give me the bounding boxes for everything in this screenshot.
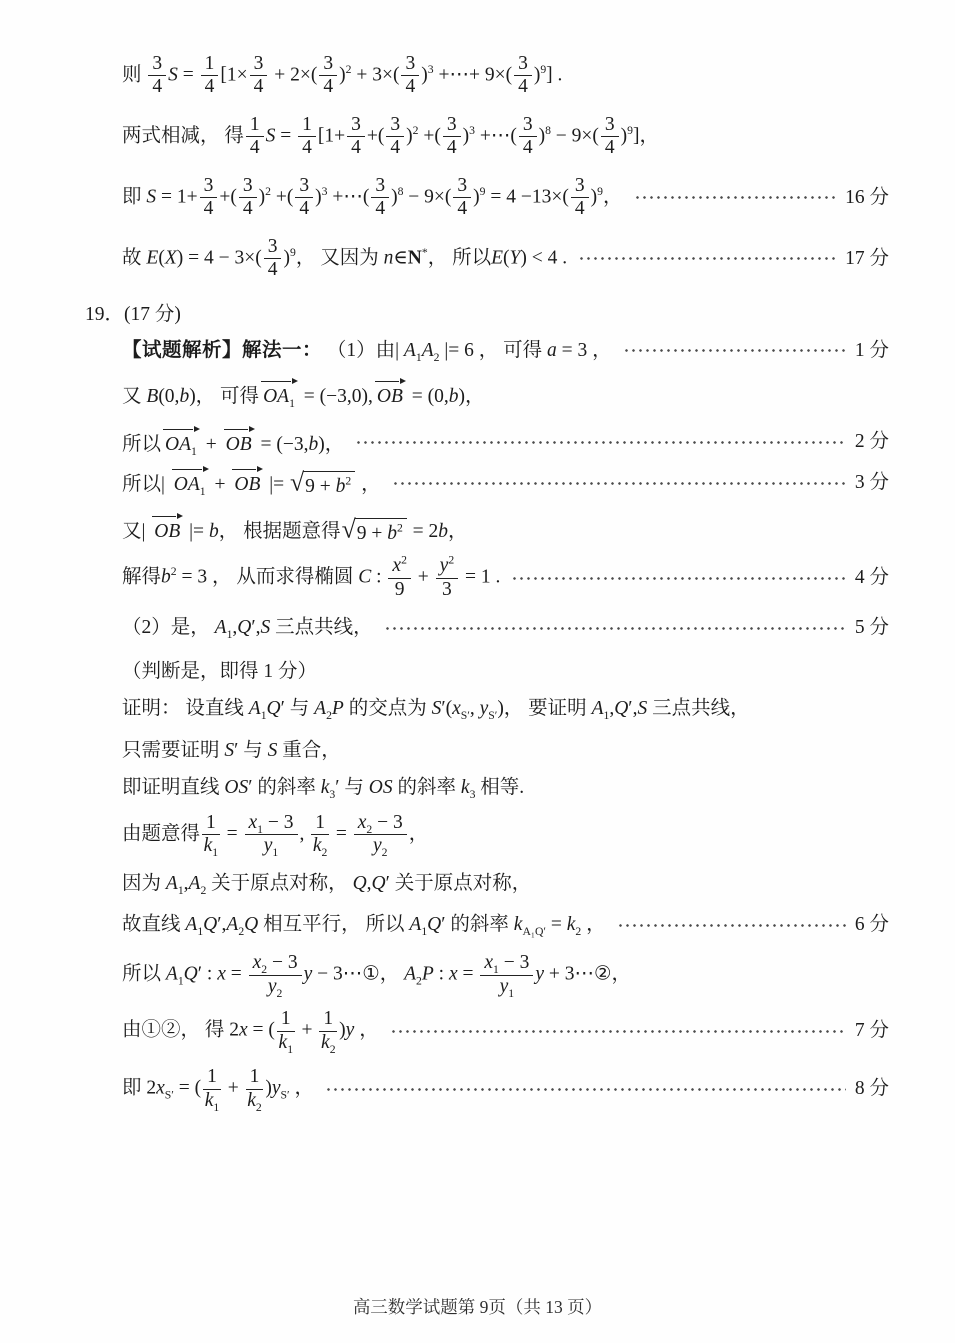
solution-line-coincide: 只需要证明 S′ 与 S 重合，	[122, 738, 889, 764]
fraction: 34	[371, 176, 389, 220]
solution-line-ellipse: 解得b2 = 3 ， 从而求得椭圆 C : x29 + y23 = 1 .4 分	[122, 556, 889, 600]
fraction: x2 − 3y2	[354, 813, 407, 857]
fraction: 34	[295, 176, 313, 220]
line-text: 则 34S = 14[1×34 + 2×(34)2 + 3×(34)3 +⋯+ …	[122, 54, 562, 98]
fraction: 14	[298, 115, 316, 159]
dotted-leader	[623, 349, 846, 352]
fraction: 34	[347, 115, 365, 159]
solution-line-proof-setup: 证明： 设直线 A1Q′ 与 A2P 的交点为 S′(xS′, yS′)， 要证…	[122, 696, 889, 722]
score-mark: 3 分	[855, 470, 889, 496]
fraction: 14	[246, 115, 264, 159]
fraction: x1 − 3y1	[480, 953, 533, 997]
fraction: 14	[201, 54, 219, 98]
vector-arrow: OB	[151, 514, 183, 545]
solution-line-S-value: 即 S = 1+34+(34)2 +(34)3 +⋯(34)8 − 9×(34)…	[122, 176, 889, 220]
fraction: 1k1	[202, 813, 220, 857]
solution-line-parallel: 故直线 A1Q′,A2Q 相互平行， 所以 A1Q′ 的斜率 kA₁Q′ = k…	[122, 912, 889, 938]
score-mark: 8 分	[855, 1076, 889, 1102]
line-text: 解得b2 = 3 ， 从而求得椭圆 C : x29 + y23 = 1 .	[122, 556, 500, 600]
solution-line-s-prime: 即 2xS′ = (1k1 + 1k2)yS′ ，8 分	[122, 1067, 889, 1111]
solution-line-analysis-1: 【试题解析】解法一： （1）由| A1A2 |= 6 ， 可得 a = 3 ，1…	[122, 337, 889, 364]
vector-arrow: OA1	[171, 467, 209, 498]
score-mark: 1 分	[855, 338, 889, 364]
vector-arrow: OA1	[162, 427, 200, 458]
line-text: 两式相减， 得14S = 14[1+34+(34)2 +(34)3 +⋯(34)…	[122, 115, 659, 159]
fraction: 34	[443, 115, 461, 159]
square-root: √9 + b2	[342, 518, 407, 547]
score-mark: 16 分	[845, 185, 889, 211]
dotted-leader	[617, 924, 846, 927]
square-root: √9 + b2	[290, 471, 355, 500]
line-text: 故 E(X) = 4 − 3×(34)9， 又因为 n∈N*， 所以E(Y) <…	[122, 237, 567, 281]
fraction: 34	[601, 115, 619, 159]
fraction: 34	[200, 176, 218, 220]
vector-arrow: OA1	[260, 379, 298, 410]
solution-line-subtract: 两式相减， 得14S = 14[1+34+(34)2 +(34)3 +⋯(34)…	[122, 115, 889, 159]
line-text: 又 B(0,b)， 可得OA1 = (−3,0),OB = (0,b)，	[122, 379, 485, 410]
dotted-leader	[578, 257, 836, 260]
solution-line-slopes-equal: 即证明直线 OS′ 的斜率 k3′ 与 OS 的斜率 k3 相等.	[122, 775, 889, 801]
line-text: 因为 A1,A2 关于原点对称， Q,Q′ 关于原点对称，	[122, 871, 531, 897]
solution-line-vectors-def: 又 B(0,b)， 可得OA1 = (−3,0),OB = (0,b)，	[122, 379, 889, 410]
fraction: 1k2	[246, 1067, 264, 1111]
fraction: 1k2	[311, 813, 329, 857]
fraction: 34	[519, 115, 537, 159]
line-text: 由题意得1k1 = x1 − 3y1, 1k2 = x2 − 3y2，	[122, 813, 428, 857]
line-text: 故直线 A1Q′,A2Q 相互平行， 所以 A1Q′ 的斜率 kA₁Q′ = k…	[122, 912, 606, 938]
dotted-leader	[355, 441, 846, 444]
line-text: 又| OB |= b， 根据题意得√9 + b2 = 2b，	[122, 514, 468, 547]
line-text: 所以| OA1 + OB |= √9 + b2 ，	[122, 467, 381, 500]
page-footer: 高三数学试题第 9页（共 13 页）	[0, 1294, 955, 1319]
dotted-leader	[511, 577, 845, 580]
solution-line-vector-sum: 所以OA1 + OB = (−3,b)，2 分	[122, 427, 889, 458]
score-mark: 7 分	[855, 1018, 889, 1044]
line-text: 证明： 设直线 A1Q′ 与 A2P 的交点为 S′(xS′, yS′)， 要证…	[122, 696, 750, 722]
line-text: （判断是，即得 1 分）	[122, 659, 317, 685]
line-text: 19．(17 分)	[85, 302, 181, 328]
score-mark: 4 分	[855, 565, 889, 591]
fraction: x2 − 3y2	[249, 953, 302, 997]
line-text: 即 2xS′ = (1k1 + 1k2)yS′ ，	[122, 1067, 314, 1111]
score-mark: 2 分	[855, 429, 889, 455]
exam-solution-page: 则 34S = 14[1×34 + 2×(34)2 + 3×(34)3 +⋯+ …	[0, 0, 955, 1343]
fraction: 34	[319, 54, 337, 98]
solution-line-vector-norm: 所以| OA1 + OB |= √9 + b2 ，3 分	[122, 467, 889, 500]
fraction: 34	[250, 54, 268, 98]
line-text: 由①②， 得 2x = (1k1 + 1k2)y ，	[122, 1009, 379, 1053]
line-text: 只需要证明 S′ 与 S 重合，	[122, 738, 341, 764]
dotted-leader	[634, 196, 837, 199]
fraction: 34	[264, 237, 282, 281]
vector-arrow: OB	[374, 379, 406, 410]
problem-19-heading: 19．(17 分)	[85, 302, 889, 328]
solution-line-S-times: 则 34S = 14[1×34 + 2×(34)2 + 3×(34)3 +⋯+ …	[122, 54, 889, 98]
solution-line-norm-equation: 又| OB |= b， 根据题意得√9 + b2 = 2b，	[122, 514, 889, 547]
line-text: 所以OA1 + OB = (−3,b)，	[122, 427, 344, 458]
solution-line-line-equations: 所以 A1Q′ : x = x2 − 3y2y − 3⋯①， A2P : x =…	[122, 953, 889, 997]
document-body: 则 34S = 14[1×34 + 2×(34)2 + 3×(34)3 +⋯+ …	[122, 54, 889, 1111]
fraction: 34	[571, 176, 589, 220]
dotted-leader	[392, 482, 846, 485]
fraction: 1k1	[203, 1067, 221, 1111]
score-mark: 6 分	[855, 912, 889, 938]
score-mark: 5 分	[855, 615, 889, 641]
fraction: x29	[388, 556, 411, 600]
fraction: 1k2	[319, 1009, 337, 1053]
fraction: 34	[148, 54, 166, 98]
dotted-leader	[390, 1030, 846, 1033]
line-text: 即 S = 1+34+(34)2 +(34)3 +⋯(34)8 − 9×(34)…	[122, 176, 623, 220]
solution-line-slope-fractions: 由题意得1k1 = x1 − 3y1, 1k2 = x2 − 3y2，	[122, 813, 889, 857]
dotted-leader	[325, 1088, 846, 1091]
score-mark: 17 分	[845, 246, 889, 272]
fraction: 34	[401, 54, 419, 98]
fraction: y23	[436, 556, 459, 600]
line-text: 所以 A1Q′ : x = x2 − 3y2y − 3⋯①， A2P : x =…	[122, 953, 631, 997]
solution-line-collinear-claim: （2）是， A1,Q′,S 三点共线，5 分	[122, 615, 889, 641]
fraction: 34	[239, 176, 257, 220]
dotted-leader	[384, 627, 846, 630]
line-text: 即证明直线 OS′ 的斜率 k3′ 与 OS 的斜率 k3 相等.	[122, 775, 524, 801]
fraction: 34	[386, 115, 404, 159]
fraction: x1 − 3y1	[245, 813, 298, 857]
solution-line-symmetry: 因为 A1,A2 关于原点对称， Q,Q′ 关于原点对称，	[122, 871, 889, 897]
fraction: 34	[453, 176, 471, 220]
solution-line-combine: 由①②， 得 2x = (1k1 + 1k2)y ，7 分	[122, 1009, 889, 1053]
line-text: （2）是， A1,Q′,S 三点共线，	[122, 615, 373, 641]
vector-arrow: OB	[223, 427, 255, 458]
vector-arrow: OB	[231, 467, 263, 498]
fraction: 1k1	[277, 1009, 295, 1053]
line-text: 【试题解析】解法一： （1）由| A1A2 |= 6 ， 可得 a = 3 ，	[122, 337, 612, 364]
solution-line-expectation: 故 E(X) = 4 − 3×(34)9， 又因为 n∈N*， 所以E(Y) <…	[122, 237, 889, 281]
solution-line-judge-note: （判断是，即得 1 分）	[122, 659, 889, 685]
fraction: 34	[514, 54, 532, 98]
